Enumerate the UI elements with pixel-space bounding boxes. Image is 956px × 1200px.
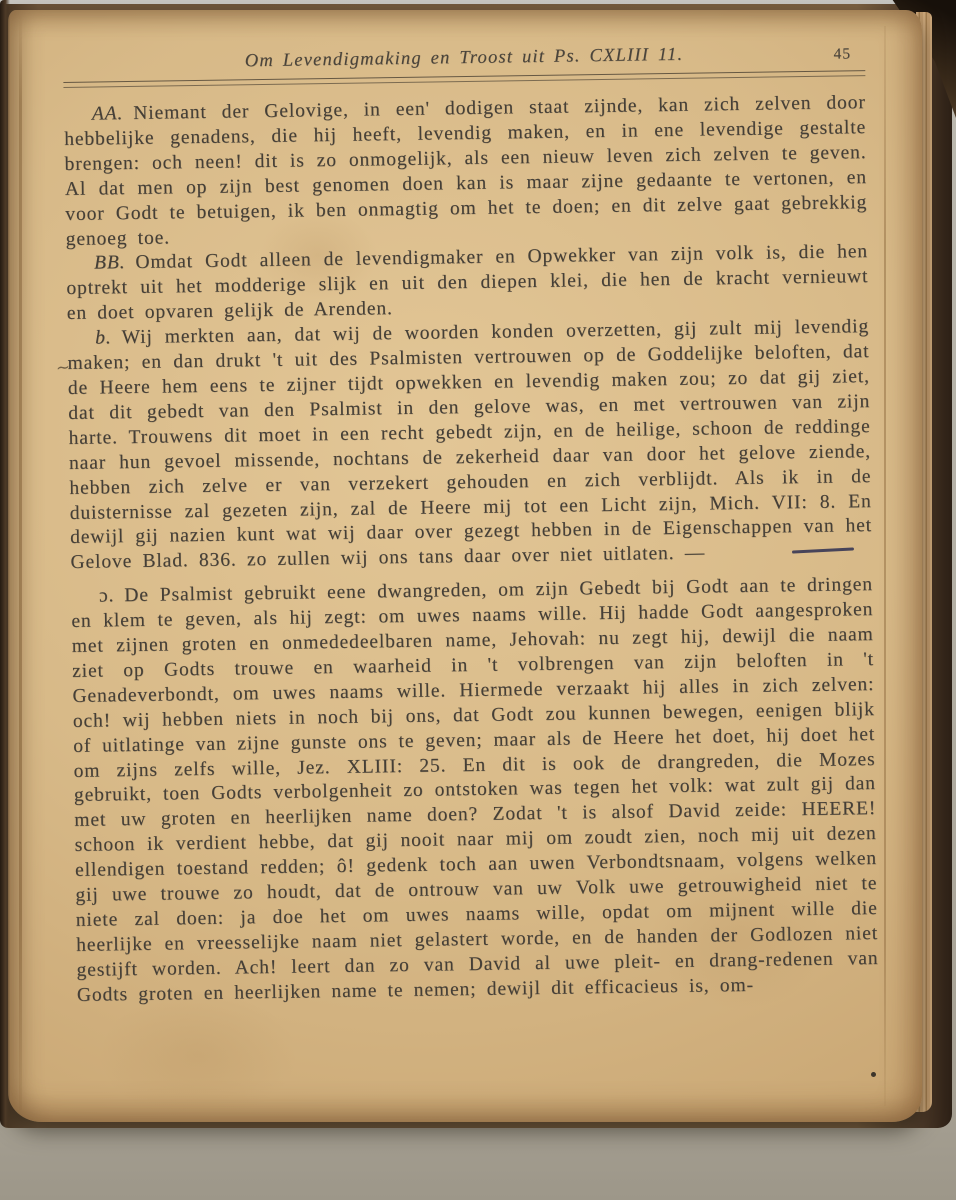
paragraph-label: BB. (94, 253, 126, 274)
photo-background: Om Levendigmaking en Troost uit Ps. CXLI… (0, 0, 956, 1200)
paragraph-label: b. (95, 327, 112, 348)
page-number: 45 (833, 45, 851, 63)
paragraph-text: Wij merkten aan, dat wij de woorden kond… (67, 316, 872, 573)
page-text-block: Om Levendigmaking en Troost uit Ps. CXLI… (63, 42, 879, 1008)
binding-gutter (0, 0, 10, 1128)
paragraph-text: Niemant der Gelovige, in een' dodigen st… (64, 92, 867, 249)
paragraph-text: Omdat Godt alleen de levendigmaker en Op… (66, 242, 868, 325)
paragraph-text: De Psalmist gebruikt eene dwangreden, om… (71, 574, 878, 1005)
page-crease (19, 14, 22, 1110)
margin-pencil-mark: ∼ (55, 357, 71, 378)
page-edge-line (884, 26, 886, 1106)
paragraph-b: b.Wij merkten aan, dat wij de woorden ko… (67, 315, 873, 576)
paragraph-label: AA. (92, 103, 124, 124)
paragraph-3: ɔ.De Psalmist gebruikt eene dwangreden, … (71, 573, 879, 1008)
ink-dot-mark (871, 1072, 876, 1077)
body-text: AA.Niemant der Gelovige, in een' dodigen… (64, 91, 879, 1008)
paragraph-label: ɔ. (99, 586, 115, 607)
paper-stain (98, 990, 298, 1120)
paragraph-aa: AA.Niemant der Gelovige, in een' dodigen… (64, 91, 868, 252)
paragraph-bb: BB.Omdat Godt alleen de levendigmaker en… (66, 241, 869, 328)
